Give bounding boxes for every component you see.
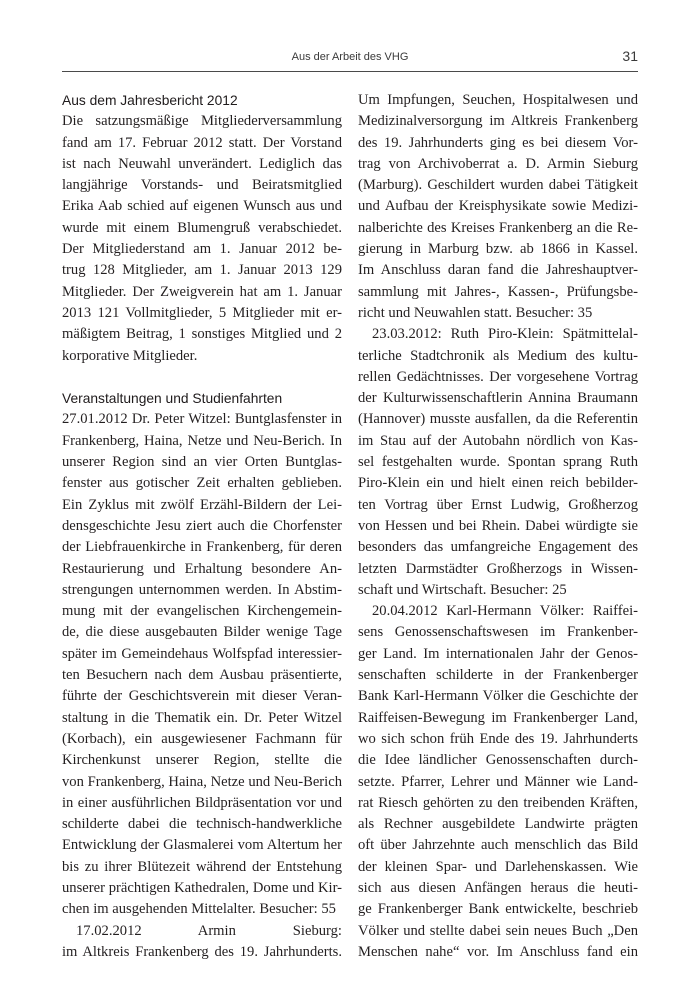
paragraph-piro-klein: 23.03.2012: Ruth Piro-Klein: Spätmittela… xyxy=(358,324,638,601)
text-line: und Aufbau der Kreisphysikate sowie Medi… xyxy=(358,196,638,217)
text-line: schilderte dabei die technisch-handwerkl… xyxy=(62,814,342,835)
text-line: setzte. Pfarrer, Lehrer und Männer wie L… xyxy=(358,772,638,793)
text-line: wo sich schon früh Ende des 19. Jahrhund… xyxy=(358,729,638,750)
text-line: trug 128 Mitglieder, am 1. Januar 2013 1… xyxy=(62,260,342,281)
text-line: de, die diese ausgebauten Bilder wenige … xyxy=(62,622,342,643)
text-line: 17.02.2012 Armin Sieburg: Gesundheitswes… xyxy=(62,921,342,942)
text-line: Entwicklung der Glasmalerei vom Altertum… xyxy=(62,835,342,856)
text-line: die Idee ländlicher Genossenschaften dur… xyxy=(358,750,638,771)
text-line: von Hessen und bei Rhein. Dabei würdigte… xyxy=(358,516,638,537)
text-line: besonders das umfangreiche Engagement de… xyxy=(358,537,638,558)
text-line: Menschen nahe“ vor. Im Anschluss fand ei… xyxy=(358,942,638,963)
running-head: Aus der Arbeit des VHG 31 xyxy=(62,48,638,68)
text-line: Im Anschluss daran fand die Jahreshauptv… xyxy=(358,260,638,281)
text-line: senschaften schilderte in der Frankenber… xyxy=(358,665,638,686)
section-heading-veranstaltungen: Veranstaltungen und Studienfahrten xyxy=(62,388,342,409)
text-line: Bank Karl-Hermann Völker die Geschichte … xyxy=(358,686,638,707)
text-line: Um Impfungen, Seuchen, Hospitalwesen und xyxy=(358,90,638,111)
text-line: fenster aus gotischer Zeit erhalten gebl… xyxy=(62,473,342,494)
paragraph-voelker: 20.04.2012 Karl-Hermann Völker: Raiffei-… xyxy=(358,601,638,963)
paragraph-sieburg-cont: Um Impfungen, Seuchen, Hospitalwesen und… xyxy=(358,90,638,324)
text-line: langjährige Vorstands- und Beiratsmitgli… xyxy=(62,175,342,196)
text-line: als Rechner ausgebildete Landwirte prägt… xyxy=(358,814,638,835)
text-line: Die satzungsmäßige Mitgliederversammlung xyxy=(62,111,342,132)
text-line: ger Land. Im internationalen Jahr der Ge… xyxy=(358,644,638,665)
text-line: mäßigtem Beitrag, 1 sonstiges Mitglied u… xyxy=(62,324,342,345)
text-line: ist nach Neuwahl unverändert. Lediglich … xyxy=(62,154,342,175)
text-line: bis zu ihrer Blütezeit während der Entst… xyxy=(62,857,342,878)
text-line: 20.04.2012 Karl-Hermann Völker: Raiffei- xyxy=(358,601,638,622)
text-line: Piro-Klein ein und hielt einen reich beb… xyxy=(358,473,638,494)
text-line: gierung in Marburg bzw. ab 1866 in Kasse… xyxy=(358,239,638,260)
text-line: später im Gemeindehaus Wolfspfad interes… xyxy=(62,644,342,665)
text-line: densgeschichte Jesu ziert auch die Chorf… xyxy=(62,516,342,537)
text-line: 2013 121 Vollmitglieder, 5 Mitglieder mi… xyxy=(62,303,342,324)
text-line: des 19. Jahrhunderts ging es bei diesem … xyxy=(358,133,638,154)
text-line: (Marburg). Geschildert wurden dabei Täti… xyxy=(358,175,638,196)
text-line: 23.03.2012: Ruth Piro-Klein: Spätmittela… xyxy=(358,324,638,345)
paragraph-sieburg: 17.02.2012 Armin Sieburg: Gesundheitswes… xyxy=(62,921,342,964)
text-line: trag von Archivoberrat a. D. Armin Siebu… xyxy=(358,154,638,175)
text-line: wurde mit einem Blumengruß verabschiedet… xyxy=(62,218,342,239)
text-line: nalberichte des Kreises Frankenberg an d… xyxy=(358,218,638,239)
running-title: Aus der Arbeit des VHG xyxy=(62,51,638,63)
text-line: im Stau auf der Autobahn nördlich von Ka… xyxy=(358,431,638,452)
text-line: der kleinen Spar- und Darlehenskassen. W… xyxy=(358,857,638,878)
text-line: oft über Jahrzehnte auch menschlich das … xyxy=(358,835,638,856)
text-line: Erika Aab schied auf eigenen Wunsch aus … xyxy=(62,196,342,217)
text-line: unserer Region sind an vier Orten Buntgl… xyxy=(62,452,342,473)
text-line: Völker und stellte dabei sein neues Buch… xyxy=(358,921,638,942)
text-line: Ein Zyklus mit zwölf Erzähl-Bildern der … xyxy=(62,495,342,516)
text-line: (Hannover) musste ausfallen, da die Refe… xyxy=(358,409,638,430)
text-line: chen im ausgehenden Mittelalter. Besuche… xyxy=(62,899,342,920)
text-line: korporative Mitglieder. xyxy=(62,346,342,367)
text-line: Restaurierung und Erhaltung besondere An… xyxy=(62,559,342,580)
text-line: sammlung mit Jahres-, Kassen-, Prüfungsb… xyxy=(358,282,638,303)
text-line: fand am 17. Februar 2012 statt. Der Vors… xyxy=(62,133,342,154)
text-line: im Altkreis Frankenberg des 19. Jahrhund… xyxy=(62,942,342,963)
right-column: Um Impfungen, Seuchen, Hospitalwesen und… xyxy=(358,90,638,963)
text-line: mung mit der evangelischen Kirchengemein… xyxy=(62,601,342,622)
section-heading-jahresbericht: Aus dem Jahresbericht 2012 xyxy=(62,90,342,111)
section-spacer xyxy=(62,367,342,388)
text-line: strengungen unternommen werden. In Absti… xyxy=(62,580,342,601)
text-line: führte der Geschichtsverein mit dieser V… xyxy=(62,686,342,707)
text-line: sens Genossenschaftswesen im Frankenber- xyxy=(358,622,638,643)
text-line: ten Vortrag über Ernst Ludwig, Großherzo… xyxy=(358,495,638,516)
text-line: schaft und Wirtschaft. Besucher: 25 xyxy=(358,580,638,601)
left-column: Aus dem Jahresbericht 2012 Die satzungsm… xyxy=(62,90,342,963)
text-line: rellen Gedächtnisses. Der vorgesehene Vo… xyxy=(358,367,638,388)
text-line: 27.01.2012 Dr. Peter Witzel: Buntglasfen… xyxy=(62,409,342,430)
text-line: Der Mitgliederstand am 1. Januar 2012 be… xyxy=(62,239,342,260)
text-line: der Kulturwissenschaftlerin Annina Braum… xyxy=(358,388,638,409)
header-rule xyxy=(62,71,638,72)
text-line: Medizinalversorgung im Altkreis Frankenb… xyxy=(358,111,638,132)
text-line: der Liebfrauenkirche in Frankenberg, für… xyxy=(62,537,342,558)
text-line: richt und Neuwahlen statt. Besucher: 35 xyxy=(358,303,638,324)
paragraph-witzel: 27.01.2012 Dr. Peter Witzel: Buntglasfen… xyxy=(62,409,342,920)
text-line: Kirchenkunst unserer Region, stellte die… xyxy=(62,750,342,771)
page-number: 31 xyxy=(622,48,638,64)
text-line: ge Frankenberger Bank entwickelte, besch… xyxy=(358,899,638,920)
text-line: ten Besuchern nach dem Ausbau präsentier… xyxy=(62,665,342,686)
text-line: Mitglieder. Der Zweigverein hat am 1. Ja… xyxy=(62,282,342,303)
text-line: sel festgehalten wurde. Spontan sprang R… xyxy=(358,452,638,473)
text-line: Frankenberg, Haina, Netze und Neu-Berich… xyxy=(62,431,342,452)
text-line: letzten Darmstädter Großherzogs in Wisse… xyxy=(358,559,638,580)
text-line: staltung in die Thematik ein. Dr. Peter … xyxy=(62,708,342,729)
text-line: terliche Stadtchronik als Medium des kul… xyxy=(358,346,638,367)
text-line: in einer ausführlichen Bildpräsentation … xyxy=(62,793,342,814)
text-line: von Frankenberg, Haina, Netze und Neu-Be… xyxy=(62,772,342,793)
text-line: Raiffeisen-Bewegung im Frankenberger Lan… xyxy=(358,708,638,729)
text-line: rat Riesch gehörten zu den treibenden Kr… xyxy=(358,793,638,814)
text-line: (Korbach), ein ausgewiesener Fachmann fü… xyxy=(62,729,342,750)
text-line: unserer prächtigen Kathedralen, Dome und… xyxy=(62,878,342,899)
text-line: sich aus diesen Anfängen heraus die heut… xyxy=(358,878,638,899)
paragraph-jahresbericht: Die satzungsmäßige Mitgliederversammlung… xyxy=(62,111,342,367)
